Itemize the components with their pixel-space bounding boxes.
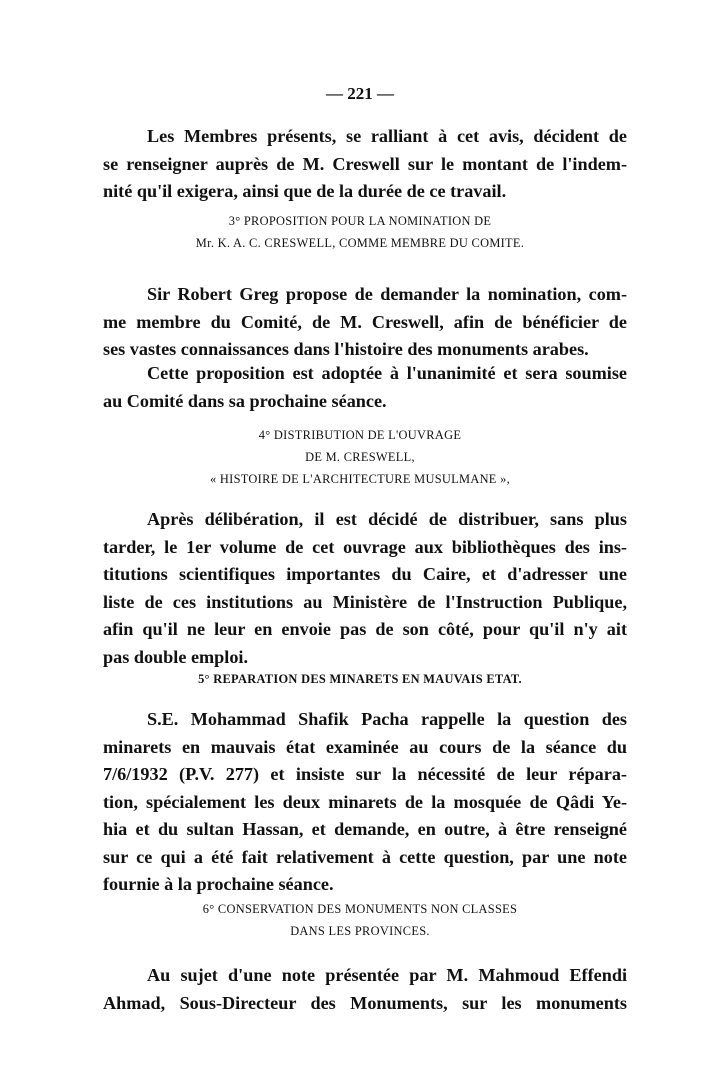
paragraph-membres-presents: Les Membres présents, se ralliant à cet … [103,123,627,206]
heading-line: DANS LES PROVINCES. [0,920,720,942]
page-number: — 221 — [0,84,720,104]
heading-line: « HISTOIRE DE L'ARCHITECTURE MUSULMANE »… [0,468,720,490]
heading-line: Mr. K. A. C. CRESWELL, COMME MEMBRE DU C… [0,232,720,254]
paragraph-proposition-adoptee: Cette proposition est adoptée à l'unanim… [103,360,627,415]
text-line: minarets en mauvais état examinée au cou… [103,734,627,762]
section-heading-6: 6° CONSERVATION DES MONUMENTS NON CLASSE… [0,898,720,942]
text-line: pas double emploi. [103,644,627,672]
text-line: nité qu'il exigera, ainsi que de la duré… [103,178,627,206]
paragraph-mahmoud-effendi: Au sujet d'une note présentée par M. Mah… [103,962,627,1017]
text-line: afin qu'il ne leur en envoie pas de son … [103,616,627,644]
paragraph-shafik-pacha: S.E. Mohammad Shafik Pacha rappelle la q… [103,706,627,899]
heading-line: 3° PROPOSITION POUR LA NOMINATION DE [0,210,720,232]
heading-line: 5° REPARATION DES MINARETS EN MAUVAIS ET… [0,668,720,690]
text-line: liste de ces institutions au Ministère d… [103,589,627,617]
text-line: se renseigner auprès de M. Creswell sur … [103,151,627,179]
text-line: Au sujet d'une note présentée par M. Mah… [103,962,627,990]
text-line: me membre du Comité, de M. Creswell, afi… [103,309,627,337]
text-line: hia et du sultan Hassan, et demande, en … [103,816,627,844]
text-line: sur ce qui a été fait relativement à cet… [103,844,627,872]
section-heading-5: 5° REPARATION DES MINARETS EN MAUVAIS ET… [0,668,720,690]
paragraph-robert-greg: Sir Robert Greg propose de demander la n… [103,281,627,364]
paragraph-apres-deliberation: Après délibération, il est décidé de dis… [103,506,627,671]
text-line: S.E. Mohammad Shafik Pacha rappelle la q… [103,706,627,734]
text-line: titutions scientifiques importantes du C… [103,561,627,589]
heading-line: DE M. CRESWELL, [0,446,720,468]
section-heading-3: 3° PROPOSITION POUR LA NOMINATION DE Mr.… [0,210,720,254]
text-line: Cette proposition est adoptée à l'unanim… [103,360,627,388]
text-line: Sir Robert Greg propose de demander la n… [103,281,627,309]
text-line: Les Membres présents, se ralliant à cet … [103,123,627,151]
heading-line: 4° DISTRIBUTION DE L'OUVRAGE [0,424,720,446]
heading-line: 6° CONSERVATION DES MONUMENTS NON CLASSE… [0,898,720,920]
text-line: Ahmad, Sous-Directeur des Monuments, sur… [103,990,627,1018]
text-line: au Comité dans sa prochaine séance. [103,388,627,416]
text-line: Après délibération, il est décidé de dis… [103,506,627,534]
text-line: tion, spécialement les deux minarets de … [103,789,627,817]
text-line: tarder, le 1er volume de cet ouvrage aux… [103,534,627,562]
text-line: 7/6/1932 (P.V. 277) et insiste sur la né… [103,761,627,789]
section-heading-4: 4° DISTRIBUTION DE L'OUVRAGE DE M. CRESW… [0,424,720,490]
text-line: fournie à la prochaine séance. [103,871,627,899]
